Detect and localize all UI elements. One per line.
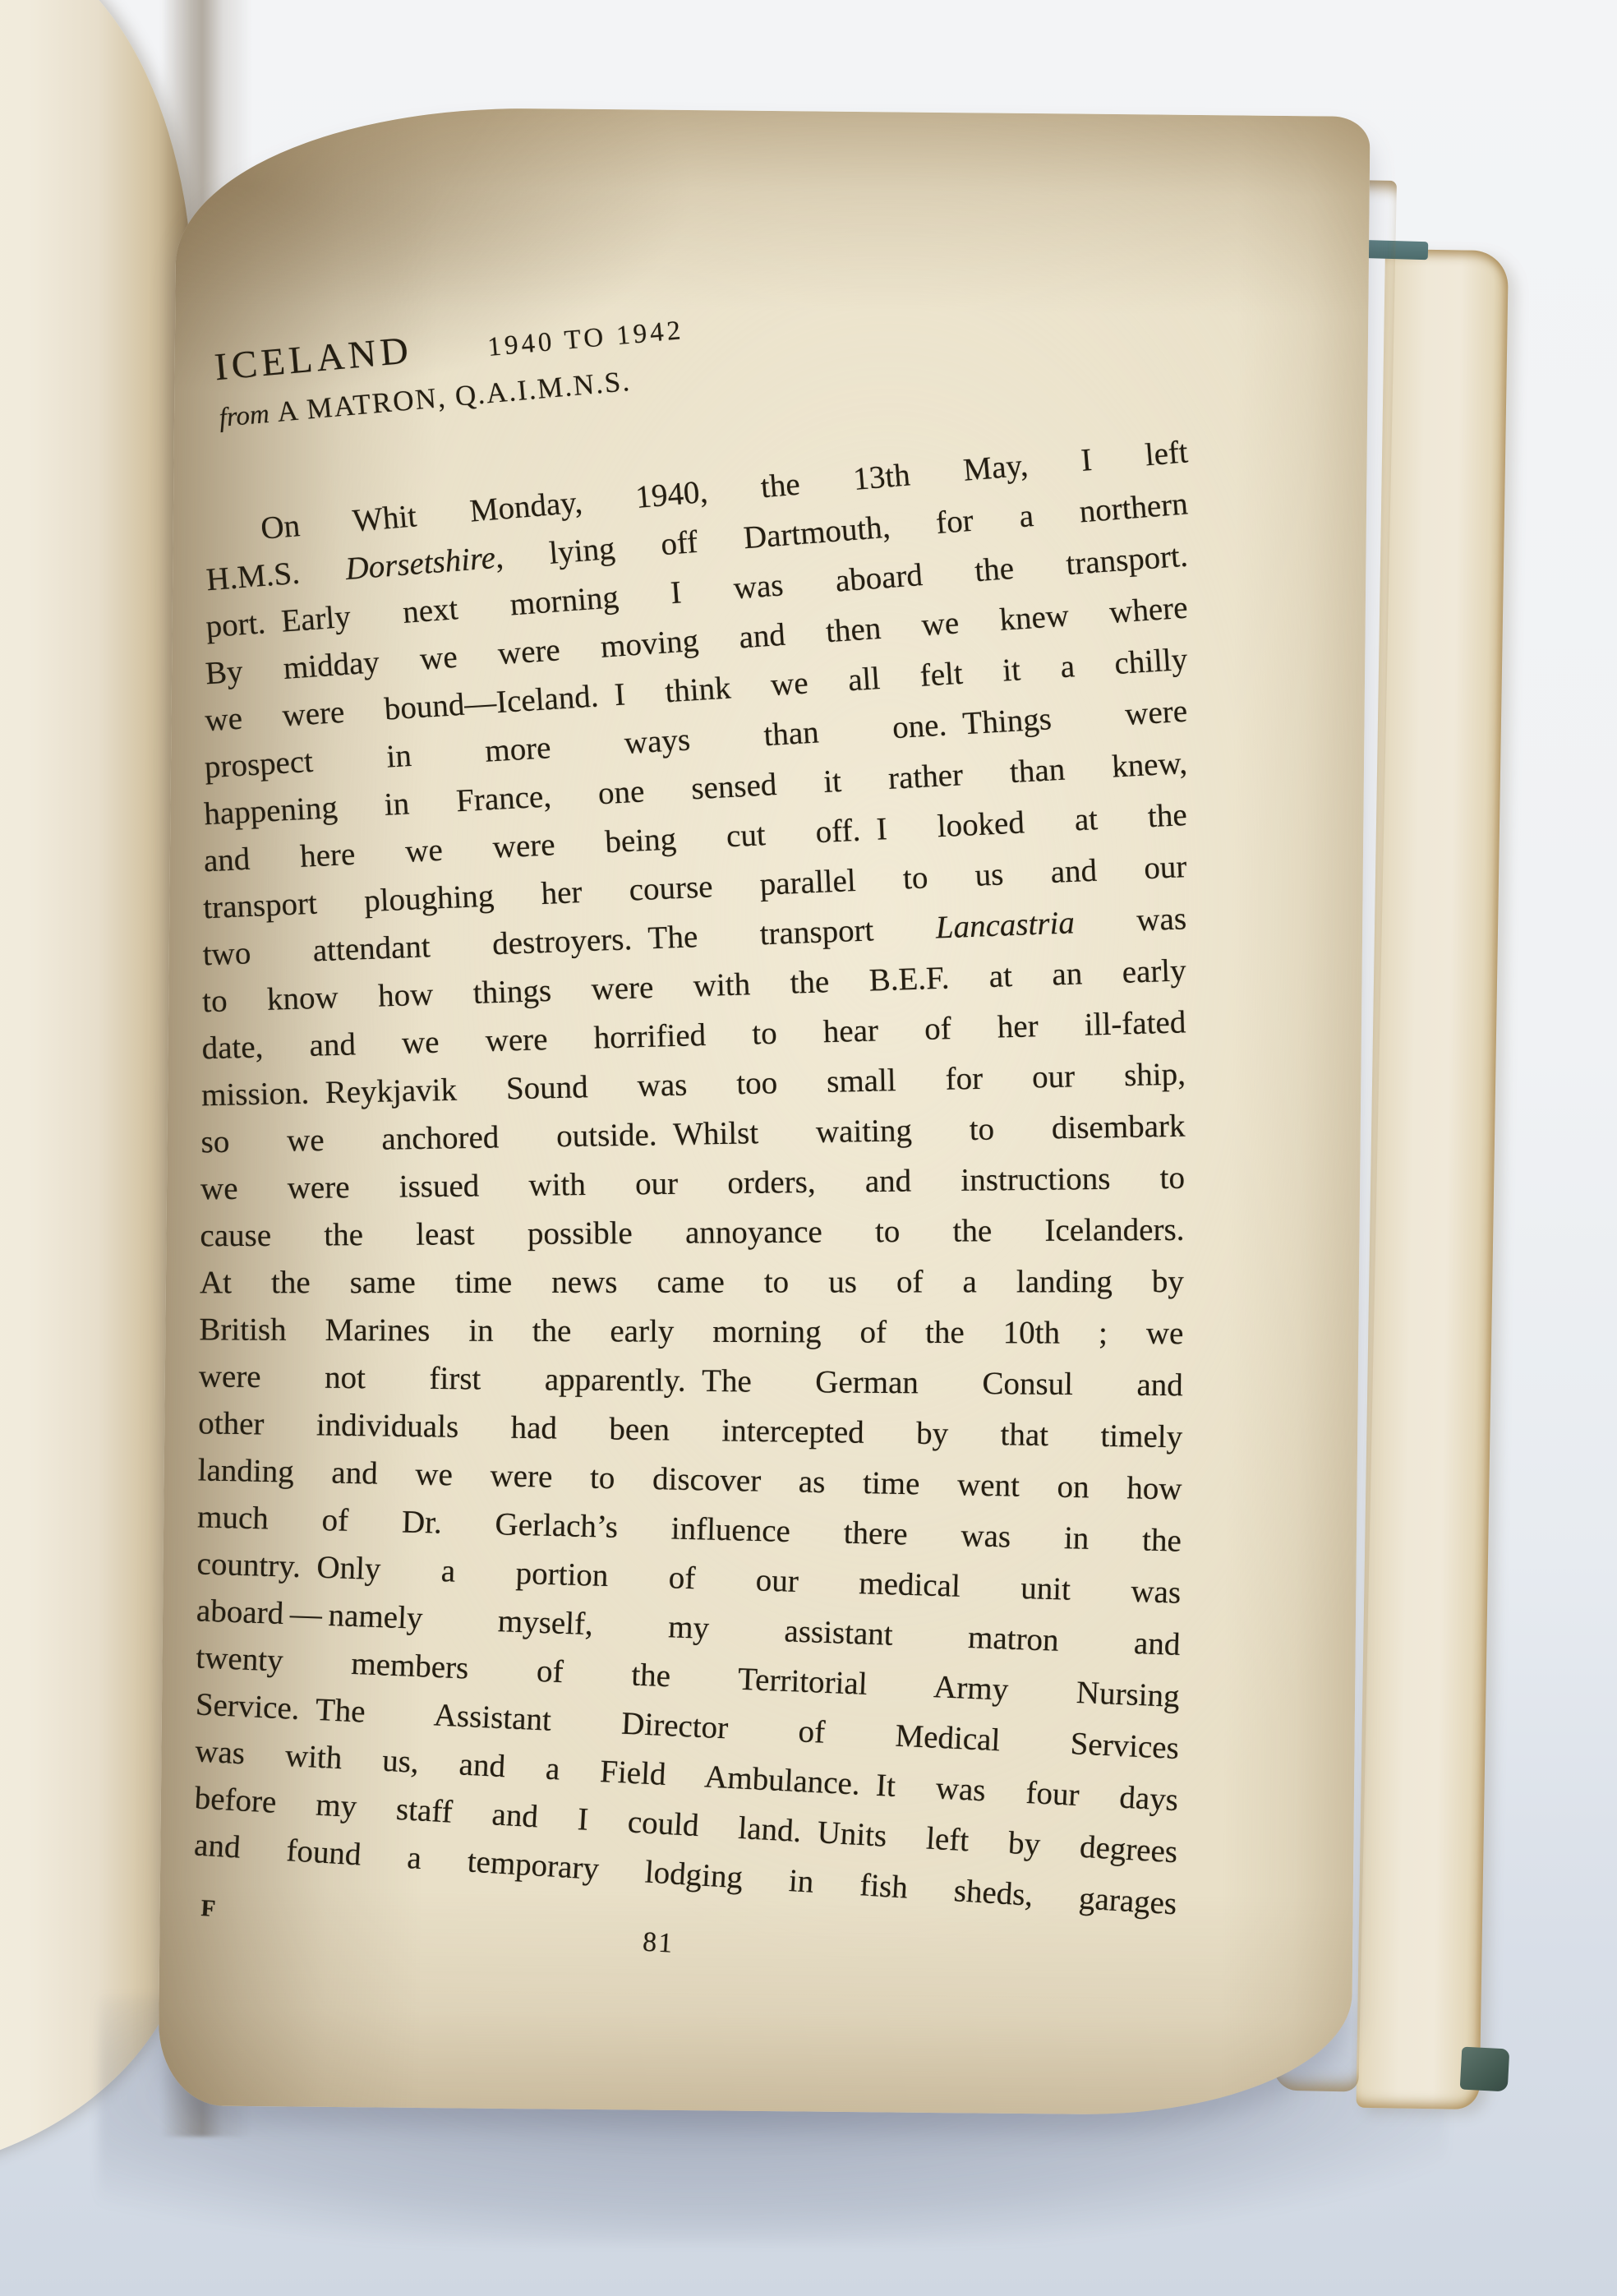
text: so we anchored outside. Whilst waiting t…	[200, 1109, 1186, 1160]
body-line: British Marines in the early morning of …	[199, 1306, 1183, 1357]
text: At the same time news came to us of a la…	[200, 1264, 1184, 1300]
text: H.M.S.	[205, 551, 347, 597]
italic-text: Dorsetshire	[344, 540, 497, 587]
text: we were issued with our orders, and inst…	[200, 1160, 1185, 1207]
page-number: 81	[642, 1927, 675, 1960]
cover-cloth-bottom	[1460, 2047, 1510, 2092]
chapter-date-range: 1940 TO 1942	[486, 316, 685, 362]
body-line: were not first apparently. The German Co…	[199, 1353, 1183, 1408]
photo-background: ICELAND1940 TO 1942 fromA MATRON, Q.A.I.…	[0, 0, 1617, 2296]
chapter-title: ICELAND	[213, 329, 414, 389]
signature-mark: F	[200, 1895, 217, 1923]
body-text: On Whit Monday, 1940, the 13th May, I le…	[194, 509, 1191, 1877]
text: were not first apparently. The German Co…	[199, 1358, 1183, 1403]
text: cause the least possible annoyance to th…	[200, 1212, 1184, 1254]
text: other individuals had been intercepted b…	[198, 1405, 1182, 1455]
chapter-heading: ICELAND1940 TO 1942 fromA MATRON, Q.A.I.…	[213, 280, 957, 434]
body-line: cause the least possible annoyance to th…	[200, 1206, 1184, 1260]
text: was	[1074, 901, 1187, 940]
body-line: At the same time news came to us of a la…	[200, 1258, 1184, 1306]
body-line: we were issued with our orders, and inst…	[200, 1155, 1186, 1213]
text: British Marines in the early morning of …	[199, 1312, 1183, 1351]
italic-text: Lancastria	[935, 905, 1075, 945]
book-page: ICELAND1940 TO 1942 fromA MATRON, Q.A.I.…	[158, 105, 1370, 2117]
byline-prefix: from	[218, 399, 270, 433]
